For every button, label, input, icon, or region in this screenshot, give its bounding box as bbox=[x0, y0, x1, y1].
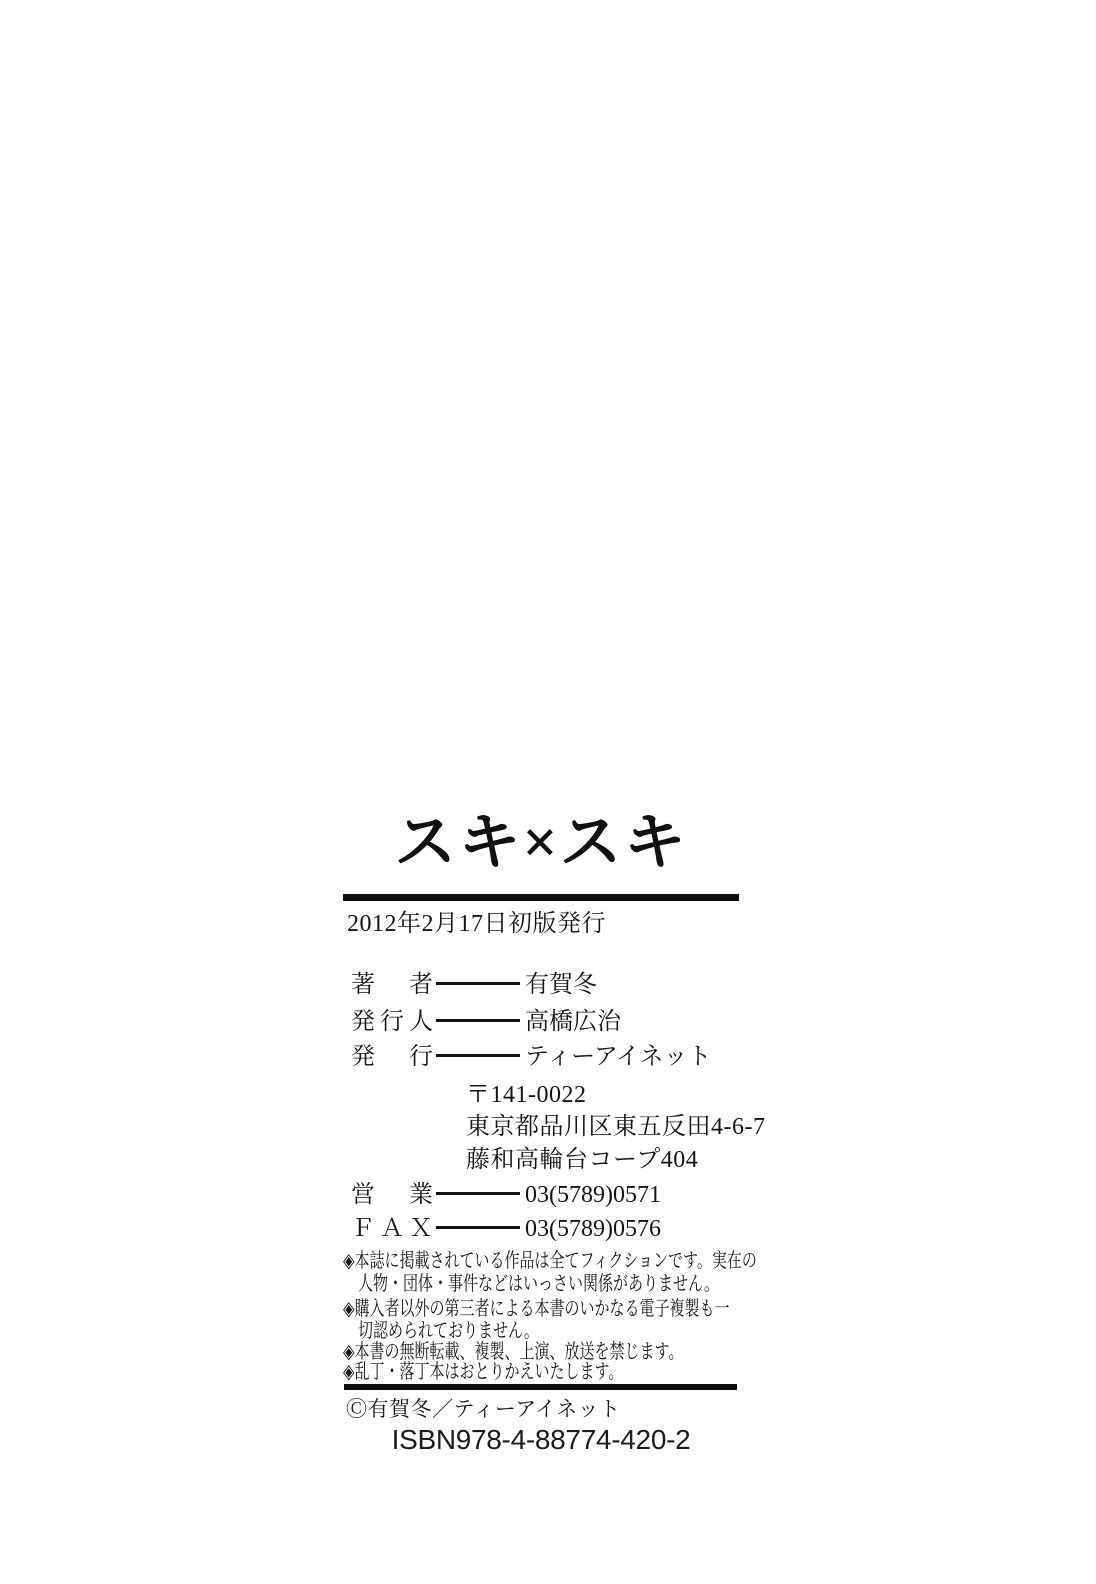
colophon-row-fax: ＦＡＸ03(5789)0576 bbox=[351, 1208, 661, 1243]
colophon-row-author: 著 者有賀冬 bbox=[351, 964, 597, 999]
title-divider bbox=[343, 894, 739, 901]
row-value: 高橋広治 bbox=[525, 1009, 621, 1035]
scanned-page: { "page": { "title": "スキ×スキ", "edition_d… bbox=[0, 0, 1096, 1584]
edition-date: 2012年2月17日初版発行 bbox=[347, 903, 606, 938]
colophon-row-publisher-person: 発行人高橋広治 bbox=[351, 1001, 621, 1036]
row-label: 発行人 bbox=[351, 1001, 433, 1036]
row-label: 営 業 bbox=[351, 1174, 433, 1209]
colophon-row-publisher: 発 行ティーアイネット bbox=[351, 1036, 711, 1071]
colophon-row-sales-phone: 営 業03(5789)0571 bbox=[351, 1174, 661, 1209]
disclaimer-note-defective: ◈乱丁・落丁本はおとりかえいたします。 bbox=[343, 1355, 623, 1384]
footer-divider bbox=[344, 1384, 737, 1390]
dash-connector bbox=[436, 1192, 520, 1195]
dash-connector bbox=[436, 1054, 520, 1057]
copyright-line: Ⓒ有賀冬／ティーアイネット bbox=[346, 1393, 621, 1423]
dash-connector bbox=[436, 1019, 520, 1022]
row-label: ＦＡＸ bbox=[351, 1208, 433, 1243]
publisher-postal-code: 〒141-0022 bbox=[466, 1074, 587, 1109]
row-label: 発 行 bbox=[351, 1036, 433, 1071]
publisher-address-line2: 藤和高輪台コープ404 bbox=[466, 1139, 698, 1174]
row-label: 著 者 bbox=[351, 964, 433, 999]
dash-connector bbox=[436, 982, 520, 985]
row-value: 有賀冬 bbox=[525, 972, 597, 998]
isbn-number: ISBN978-4-88774-420-2 bbox=[343, 1424, 739, 1456]
publisher-address-line1: 東京都品川区東五反田4-6-7 bbox=[466, 1106, 765, 1141]
book-title: スキ×スキ bbox=[343, 806, 739, 880]
row-value: ティーアイネット bbox=[525, 1044, 711, 1070]
row-value: 03(5789)0571 bbox=[525, 1182, 661, 1208]
dash-connector bbox=[436, 1226, 520, 1229]
row-value: 03(5789)0576 bbox=[525, 1216, 661, 1242]
